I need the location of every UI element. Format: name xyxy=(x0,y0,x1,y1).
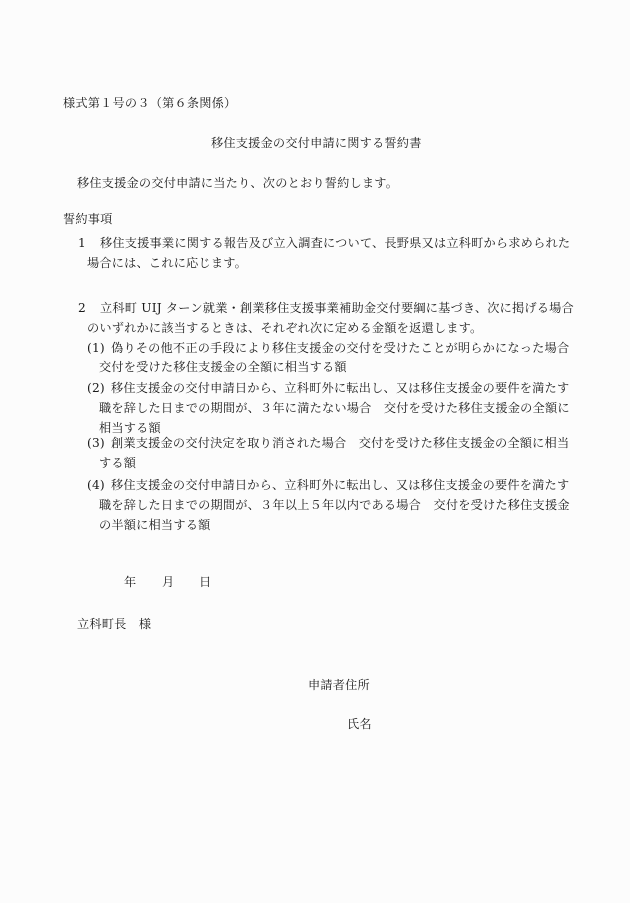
item-line: 立科町 UIJ ターン就業・創業移住支援事業補助金交付要綱に基づき、次に掲げる場… xyxy=(100,299,574,318)
date-year: 年 xyxy=(124,573,136,592)
intro-text: 移住支援金の交付申請に当たり、次のとおり誓約します。 xyxy=(77,174,398,193)
subitem-line: 偽りその他不正の手段により移住支援金の交付を受けたことが明らかになった場合 xyxy=(111,339,569,358)
item-line: のいずれかに該当するときは、それぞれ次に定める金額を返還します。 xyxy=(87,319,482,338)
subitem-line: 創業支援金の交付決定を取り消された場合 交付を受けた移住支援金の全額に相当 xyxy=(111,434,569,453)
form-label: 様式第１号の３（第６条関係） xyxy=(63,94,236,113)
item-line: 移住支援事業に関する報告及び立入調査について、長野県又は立科町から求められた xyxy=(100,234,570,253)
subitem-line: する額 xyxy=(99,454,136,473)
item-number: 2 xyxy=(78,299,86,318)
applicant-name-label: 氏名 xyxy=(347,715,372,734)
subitem-line: 職を辞した日までの期間が、３年に満たない場合 交付を受けた移住支援金の全額に xyxy=(99,399,570,418)
item-number: 1 xyxy=(78,234,86,253)
subitem-line: 移住支援金の交付申請日から、立科町外に転出し、又は移住支援金の要件を満たす xyxy=(111,379,569,398)
addressee: 立科町長 様 xyxy=(77,615,151,634)
subitem-line: 交付を受けた移住支援金の全額に相当する額 xyxy=(99,358,347,377)
subitem-line: の半額に相当する額 xyxy=(99,516,211,535)
subitem-line: 移住支援金の交付申請日から、立科町外に転出し、又は移住支援金の要件を満たす xyxy=(111,476,569,495)
subitem-number: (4) xyxy=(87,476,105,495)
applicant-address-label: 申請者住所 xyxy=(308,676,370,695)
section-heading: 誓約事項 xyxy=(63,210,113,229)
subitem-number: (3) xyxy=(87,434,105,453)
subitem-line: 職を辞した日までの期間が、３年以上５年以内である場合 交付を受けた移住支援金 xyxy=(99,496,570,515)
date-day: 日 xyxy=(199,573,211,592)
date-month: 月 xyxy=(162,573,174,592)
subitem-number: (1) xyxy=(87,339,105,358)
item-line: 場合には、これに応じます。 xyxy=(87,254,247,273)
document-title: 移住支援金の交付申請に関する誓約書 xyxy=(211,134,422,153)
subitem-number: (2) xyxy=(87,379,105,398)
